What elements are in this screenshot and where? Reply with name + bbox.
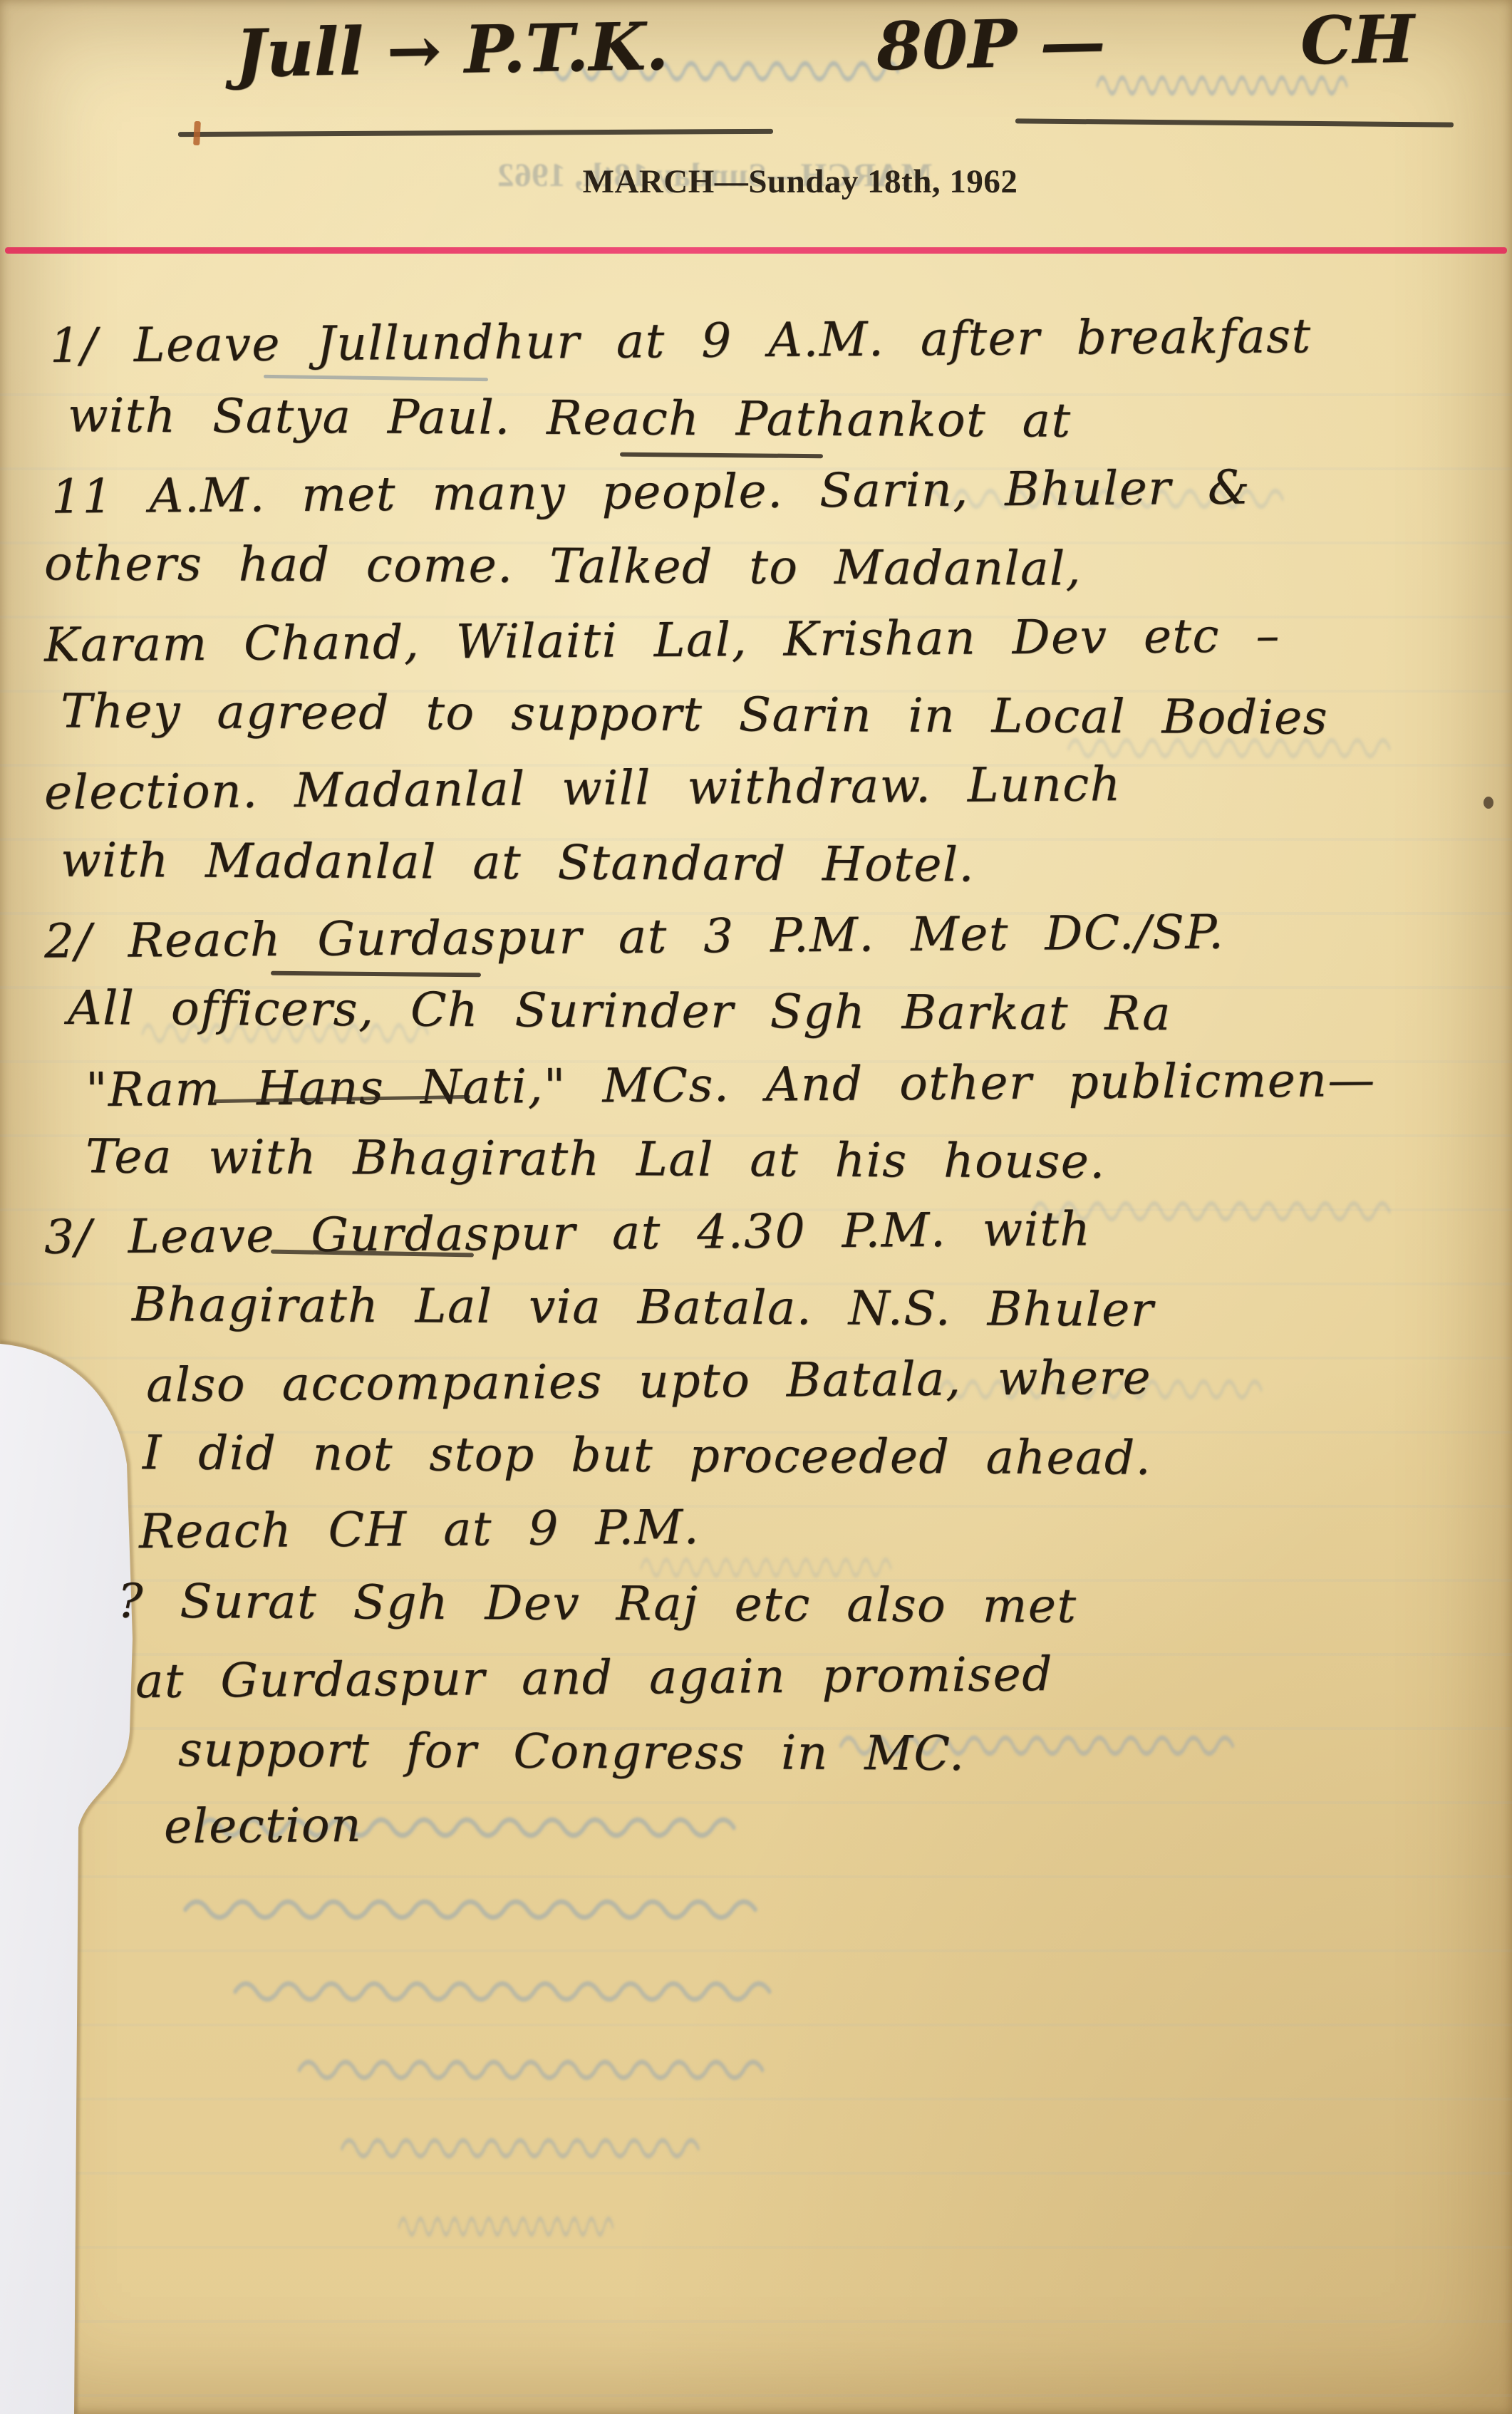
diary-line: with Madanlal at Standard Hotel. [61, 833, 975, 893]
diary-line: I did not stop but proceeded ahead. [143, 1425, 1152, 1485]
diary-line: Reach CH at 9 P.M. [139, 1500, 700, 1559]
diary-line: election. Madanlal will withdraw. Lunch [44, 757, 1122, 820]
rust-mark [193, 121, 201, 145]
printed-date-header: MARCH—Sunday 18th, 1962 [44, 162, 1512, 201]
diary-line: others had come. Talked to Madanlal, [44, 536, 1082, 596]
diary-line: They agreed to support Sarin in Local Bo… [61, 683, 1328, 745]
diary-line: Tea with Bhagirath Lal at his house. [86, 1129, 1106, 1188]
pink-divider-line [5, 247, 1507, 254]
diary-line: All officers, Ch Surinder Sgh Barkat Ra [68, 980, 1171, 1041]
diary-line: 3/ Leave Gurdaspur at 4.30 P.M. with [44, 1201, 1092, 1265]
diary-line: 11 A.M. met many people. Sarin, Bhuler & [51, 460, 1251, 524]
diary-line: also accompanies upto Batala, where [146, 1350, 1152, 1412]
diary-line: Bhagirath Lal via Batala. N.S. Bhuler [132, 1277, 1154, 1337]
diary-line: ? Surat Sgh Dev Raj etc also met [118, 1573, 1077, 1633]
handwritten-header-right: CH [1300, 1, 1415, 80]
diary-line: "Ram Hans Nati," MCs. And other publicme… [86, 1052, 1376, 1117]
handwritten-header-left: Jull → P.T.K. [234, 8, 669, 93]
scanned-diary-page: MARCH—Sunday 18th, 1962 MARCH—Sunday 18t… [0, 0, 1512, 2414]
diary-line: 1/ Leave Jullundhur at 9 A.M. after brea… [50, 309, 1312, 373]
diary-line: election [164, 1798, 363, 1854]
diary-line: with Satya Paul. Reach Pathankot at [68, 388, 1072, 447]
diary-line: at Gurdaspur and again promised [135, 1647, 1053, 1709]
diary-line: 2/ Reach Gurdaspur at 3 P.M. Met DC./SP. [44, 904, 1225, 968]
handwritten-header-mid: 80P — [876, 4, 1106, 86]
diary-line: Karam Chand, Wilaiti Lal, Krishan Dev et… [44, 608, 1280, 673]
diary-line: support for Congress in MC. [178, 1722, 965, 1781]
binding-speck [1483, 797, 1493, 809]
